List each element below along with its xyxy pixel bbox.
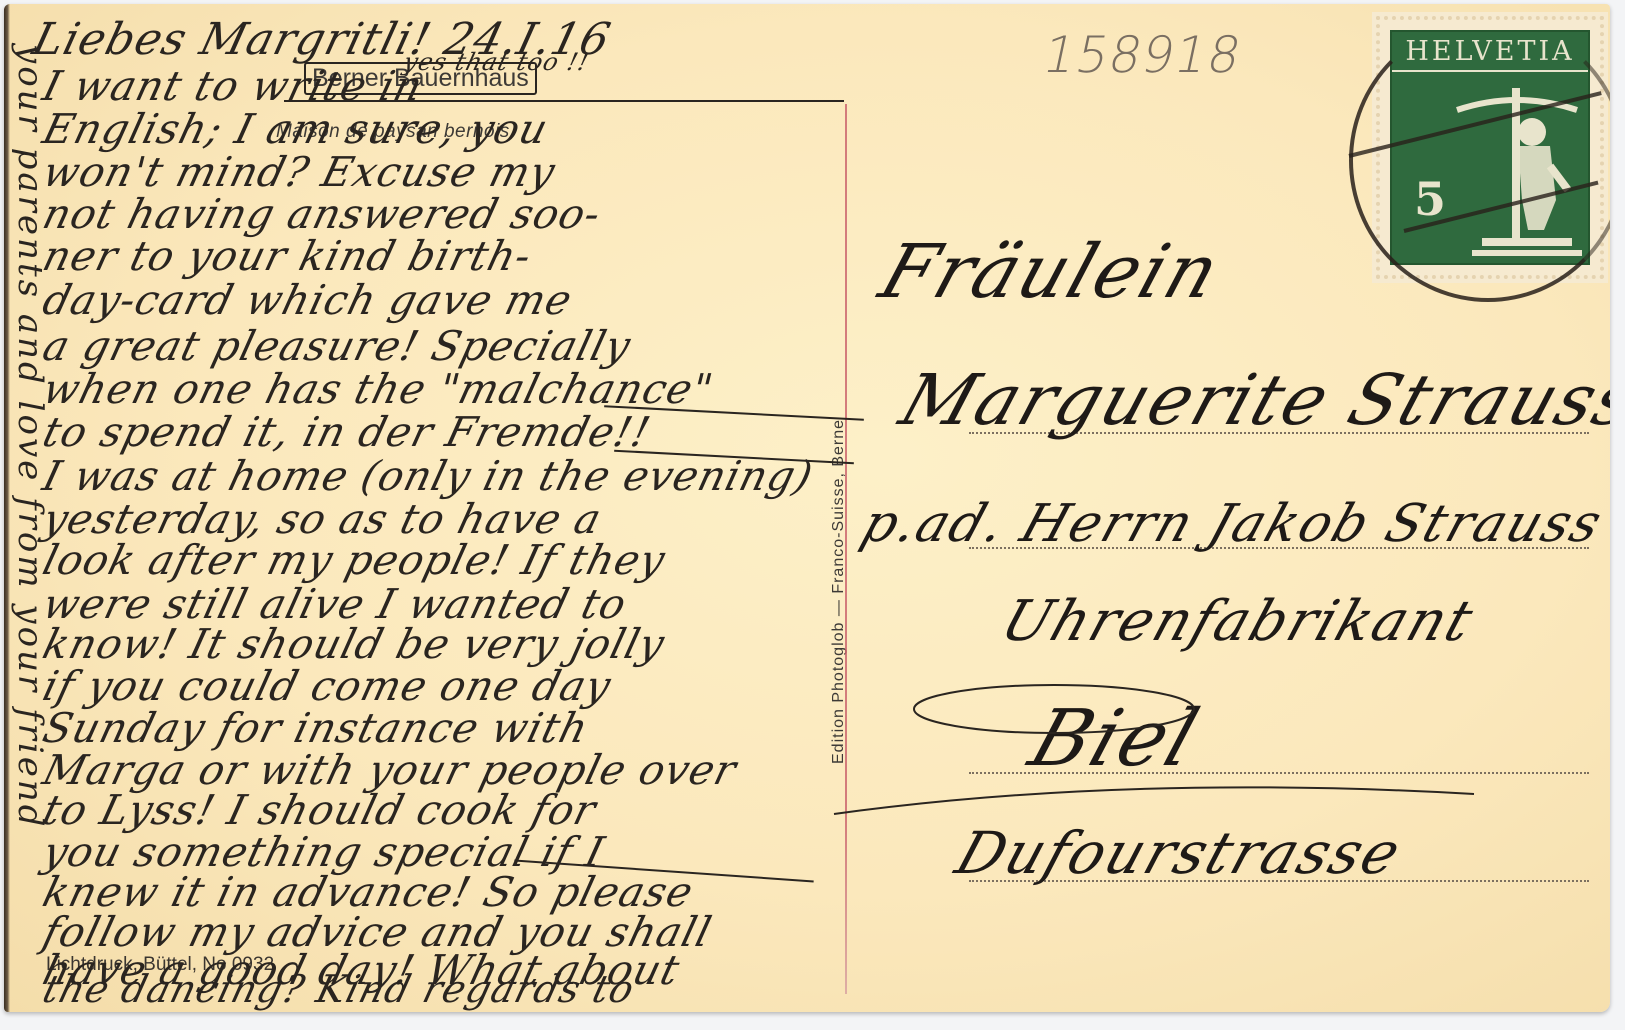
- underline-stroke: [284, 100, 844, 102]
- archive-number: 158918: [1038, 26, 1247, 84]
- stamp-face: HELVETIA 5: [1390, 30, 1590, 265]
- address-salutation: Fräulein: [870, 229, 1231, 315]
- message-line: knew it in advance! So please: [39, 872, 698, 913]
- address-care-of: p.ad. Herrn Jakob Strauss: [854, 494, 1610, 554]
- center-divider: [845, 104, 847, 994]
- address-occupation: Uhrenfabrikant: [993, 589, 1482, 654]
- message-line: know! It should be very jolly: [39, 624, 669, 665]
- message-line: you something special if I: [39, 832, 609, 873]
- message-line: if you could come one day: [39, 666, 615, 707]
- message-line: the dancing? Kind regards to: [39, 970, 638, 1008]
- message-line: Marga or with your people over: [39, 750, 741, 791]
- message-line: when one has the "malchance": [39, 369, 718, 410]
- stamp-country: HELVETIA: [1392, 32, 1588, 72]
- message-line: a great pleasure! Specially: [39, 326, 635, 367]
- message-line: ner to your kind birth-: [39, 236, 536, 277]
- message-line: Sunday for instance with: [39, 708, 593, 749]
- message-line: day-card which gave me: [39, 280, 577, 321]
- address-name: Marguerite Strauss: [891, 359, 1610, 441]
- message-line: I was at home (only in the evening): [39, 456, 817, 497]
- message-line: yesterday, so as to have a: [39, 499, 606, 540]
- crossbow-boy-icon: [1452, 80, 1582, 260]
- message-line: to Lyss! I should cook for: [39, 790, 601, 831]
- message-line: were still alive I wanted to: [39, 584, 631, 625]
- message-line: look after my people! If they: [39, 540, 670, 581]
- message-line: English; I am sure, you: [39, 109, 553, 150]
- message-line: won't mind? Excuse my: [39, 152, 560, 193]
- postage-stamp: HELVETIA 5: [1376, 16, 1604, 279]
- message-line: not having answered soo-: [39, 194, 605, 235]
- message-line: to spend it, in der Fremde!!: [39, 412, 655, 453]
- margin-note: your parents and love from your friend: [10, 44, 50, 830]
- flourish-stroke: [824, 654, 1524, 834]
- message-insertion: yes that too !!: [401, 48, 593, 76]
- stamp-value: 5: [1414, 172, 1446, 226]
- postcard: 158918 Berner Bauernhaus Maison de paysa…: [4, 4, 1610, 1012]
